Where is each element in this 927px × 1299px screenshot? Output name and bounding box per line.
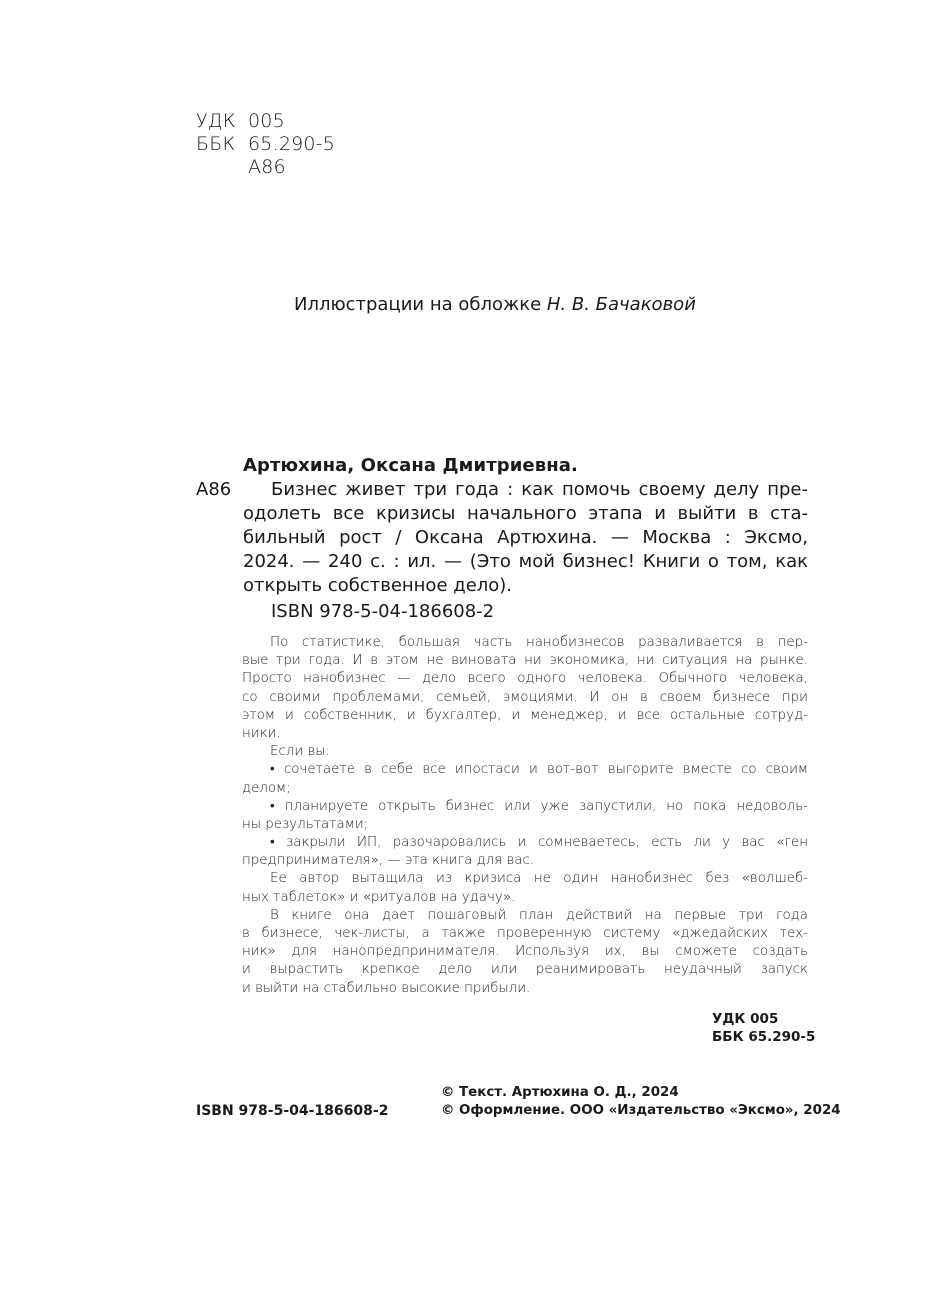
udk-value: 005 (248, 110, 285, 133)
illustrations-credit: Иллюстрации на обложке Н. В. Бачаковой (294, 293, 696, 317)
author-mark: А86 (248, 156, 286, 179)
annotation-line: ны результатами; (242, 816, 808, 834)
copyright-text: © Текст. Артюхина О. Д., 2024 (441, 1084, 841, 1102)
annotation-line: предпринимателя», — эта книга для вас. (242, 852, 808, 870)
annotation-line: ник» для нанопредпринимателя. Используя … (242, 943, 808, 961)
bbk-value: 65.290-5 (248, 133, 335, 156)
annotation-line: Если вы: (242, 743, 808, 761)
annotation: По статистике, большая часть нанобизнесо… (242, 634, 808, 998)
annotation-line: и выйти на стабильно высокие прибыли. (242, 980, 808, 998)
annotation-line: По статистике, большая часть нанобизнесо… (242, 634, 808, 652)
illustrations-prefix: Иллюстрации на обложке (294, 294, 547, 315)
record-author-mark: А86 (196, 478, 231, 502)
bottom-bbk: ББК 65.290-5 (712, 1028, 815, 1046)
annotation-bullet-line: • сочетаете в себе все ипостаси и вот-во… (242, 761, 808, 779)
annotation-line: со своими проблемами, семьей, эмоциями. … (242, 689, 808, 707)
record-line: 2024. — 240 с. : ил. — (Это мой бизнес! … (243, 550, 808, 574)
bottom-udk: УДК 005 (712, 1010, 815, 1028)
annotation-line: этом и собственник, и бухгалтер, и менед… (242, 707, 808, 725)
record-line: бильный рост / Оксана Артюхина. — Москва… (243, 526, 808, 550)
annotation-line: вые три года. И в этом не виновата ни эк… (242, 652, 808, 670)
annotation-line: Ее автор вытащила из кризиса не один нан… (242, 870, 808, 888)
annotation-bullet-line: • планируете открыть бизнес или уже запу… (242, 798, 808, 816)
footer-isbn: ISBN 978-5-04-186608-2 (196, 1102, 388, 1120)
record-isbn: ISBN 978-5-04-186608-2 (271, 600, 494, 624)
annotation-line: делом; (242, 780, 808, 798)
copyright-block: © Текст. Артюхина О. Д., 2024 © Оформлен… (441, 1084, 841, 1120)
illustrations-artist: Н. В. Бачаковой (547, 294, 696, 315)
record-author: Артюхина, Оксана Дмитриевна. (243, 454, 578, 478)
annotation-line: ники. (242, 725, 808, 743)
annotation-line: в бизнесе, чек-листы, а также проверенну… (242, 925, 808, 943)
annotation-bullet-line: • закрыли ИП, разочаровались и сомневает… (242, 834, 808, 852)
record-line: одолеть все кризисы начального этапа и в… (243, 502, 808, 526)
udk-label: УДК (196, 110, 248, 133)
udk-row: УДК 005 (196, 110, 335, 133)
bottom-classification-codes: УДК 005 ББК 65.290-5 (712, 1010, 815, 1046)
copyright-design: © Оформление. ООО «Издательство «Эксмо»,… (441, 1102, 841, 1120)
record-line: Бизнес живет три года : как помочь своем… (243, 478, 808, 502)
record-description: Бизнес живет три года : как помочь своем… (243, 478, 808, 598)
annotation-line: В книге она дает пошаговый план действий… (242, 907, 808, 925)
bbk-label: ББК (196, 133, 248, 156)
record-line: открыть собственное дело). (243, 574, 808, 598)
annotation-line: ных таблеток» и «ритуалов на удачу». (242, 889, 808, 907)
annotation-line: и вырастить крепкое дело или реанимирова… (242, 961, 808, 979)
annotation-line: Просто нанобизнес — дело всего одного че… (242, 670, 808, 688)
classification-block: УДК 005 ББК 65.290-5 А86 (196, 110, 335, 179)
author-mark-row: А86 (196, 156, 335, 179)
bbk-row: ББК 65.290-5 (196, 133, 335, 156)
